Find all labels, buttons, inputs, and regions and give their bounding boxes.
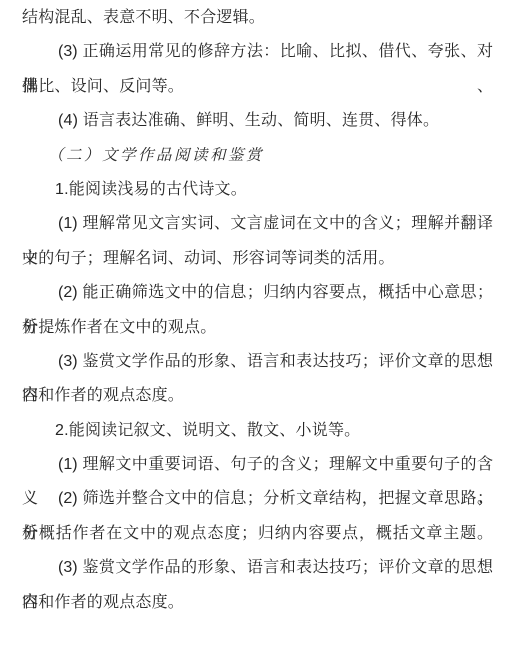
text-line: (2) 能正确筛选文中的信息；归纳内容要点，概括中心意思；分	[22, 276, 493, 310]
text-line: 析提炼作者在文中的观点。	[22, 311, 493, 345]
numbered-item: 1.能阅读浅易的古代诗文。	[22, 173, 493, 207]
text-line: (3) 鉴赏文学作品的形象、语言和表达技巧；评价文章的思想内	[22, 345, 493, 379]
text-line: 结构混乱、表意不明、不合逻辑。	[22, 1, 493, 35]
text-line: (4) 语言表达准确、鲜明、生动、简明、连贯、得体。	[22, 104, 493, 138]
text-line: (3) 正确运用常见的修辞方法：比喻、比拟、借代、夸张、对偶、	[22, 35, 493, 69]
numbered-item: 2.能阅读记叙文、说明文、散文、小说等。	[22, 414, 493, 448]
document-page: 结构混乱、表意不明、不合逻辑。 (3) 正确运用常见的修辞方法：比喻、比拟、借代…	[0, 0, 515, 667]
text-line: (2) 筛选并整合文中的信息；分析文章结构，把握文章思路；分	[22, 482, 493, 516]
section-heading: （二）文学作品阅读和鉴赏	[22, 139, 493, 173]
text-line: 容和作者的观点态度。	[22, 379, 493, 413]
text-line: 析概括作者在文中的观点态度；归纳内容要点，概括文章主题。	[22, 517, 493, 551]
text-line: (1) 理解常见文言实词、文言虚词在文中的含义；理解并翻译文	[22, 207, 493, 241]
text-line: (3) 鉴赏文学作品的形象、语言和表达技巧；评价文章的思想内	[22, 551, 493, 585]
text-line: 容和作者的观点态度。	[22, 586, 493, 620]
text-line: 中的句子；理解名词、动词、形容词等词类的活用。	[22, 242, 493, 276]
text-line: (1) 理解文中重要词语、句子的含义；理解文中重要句子的含义。	[22, 448, 493, 482]
